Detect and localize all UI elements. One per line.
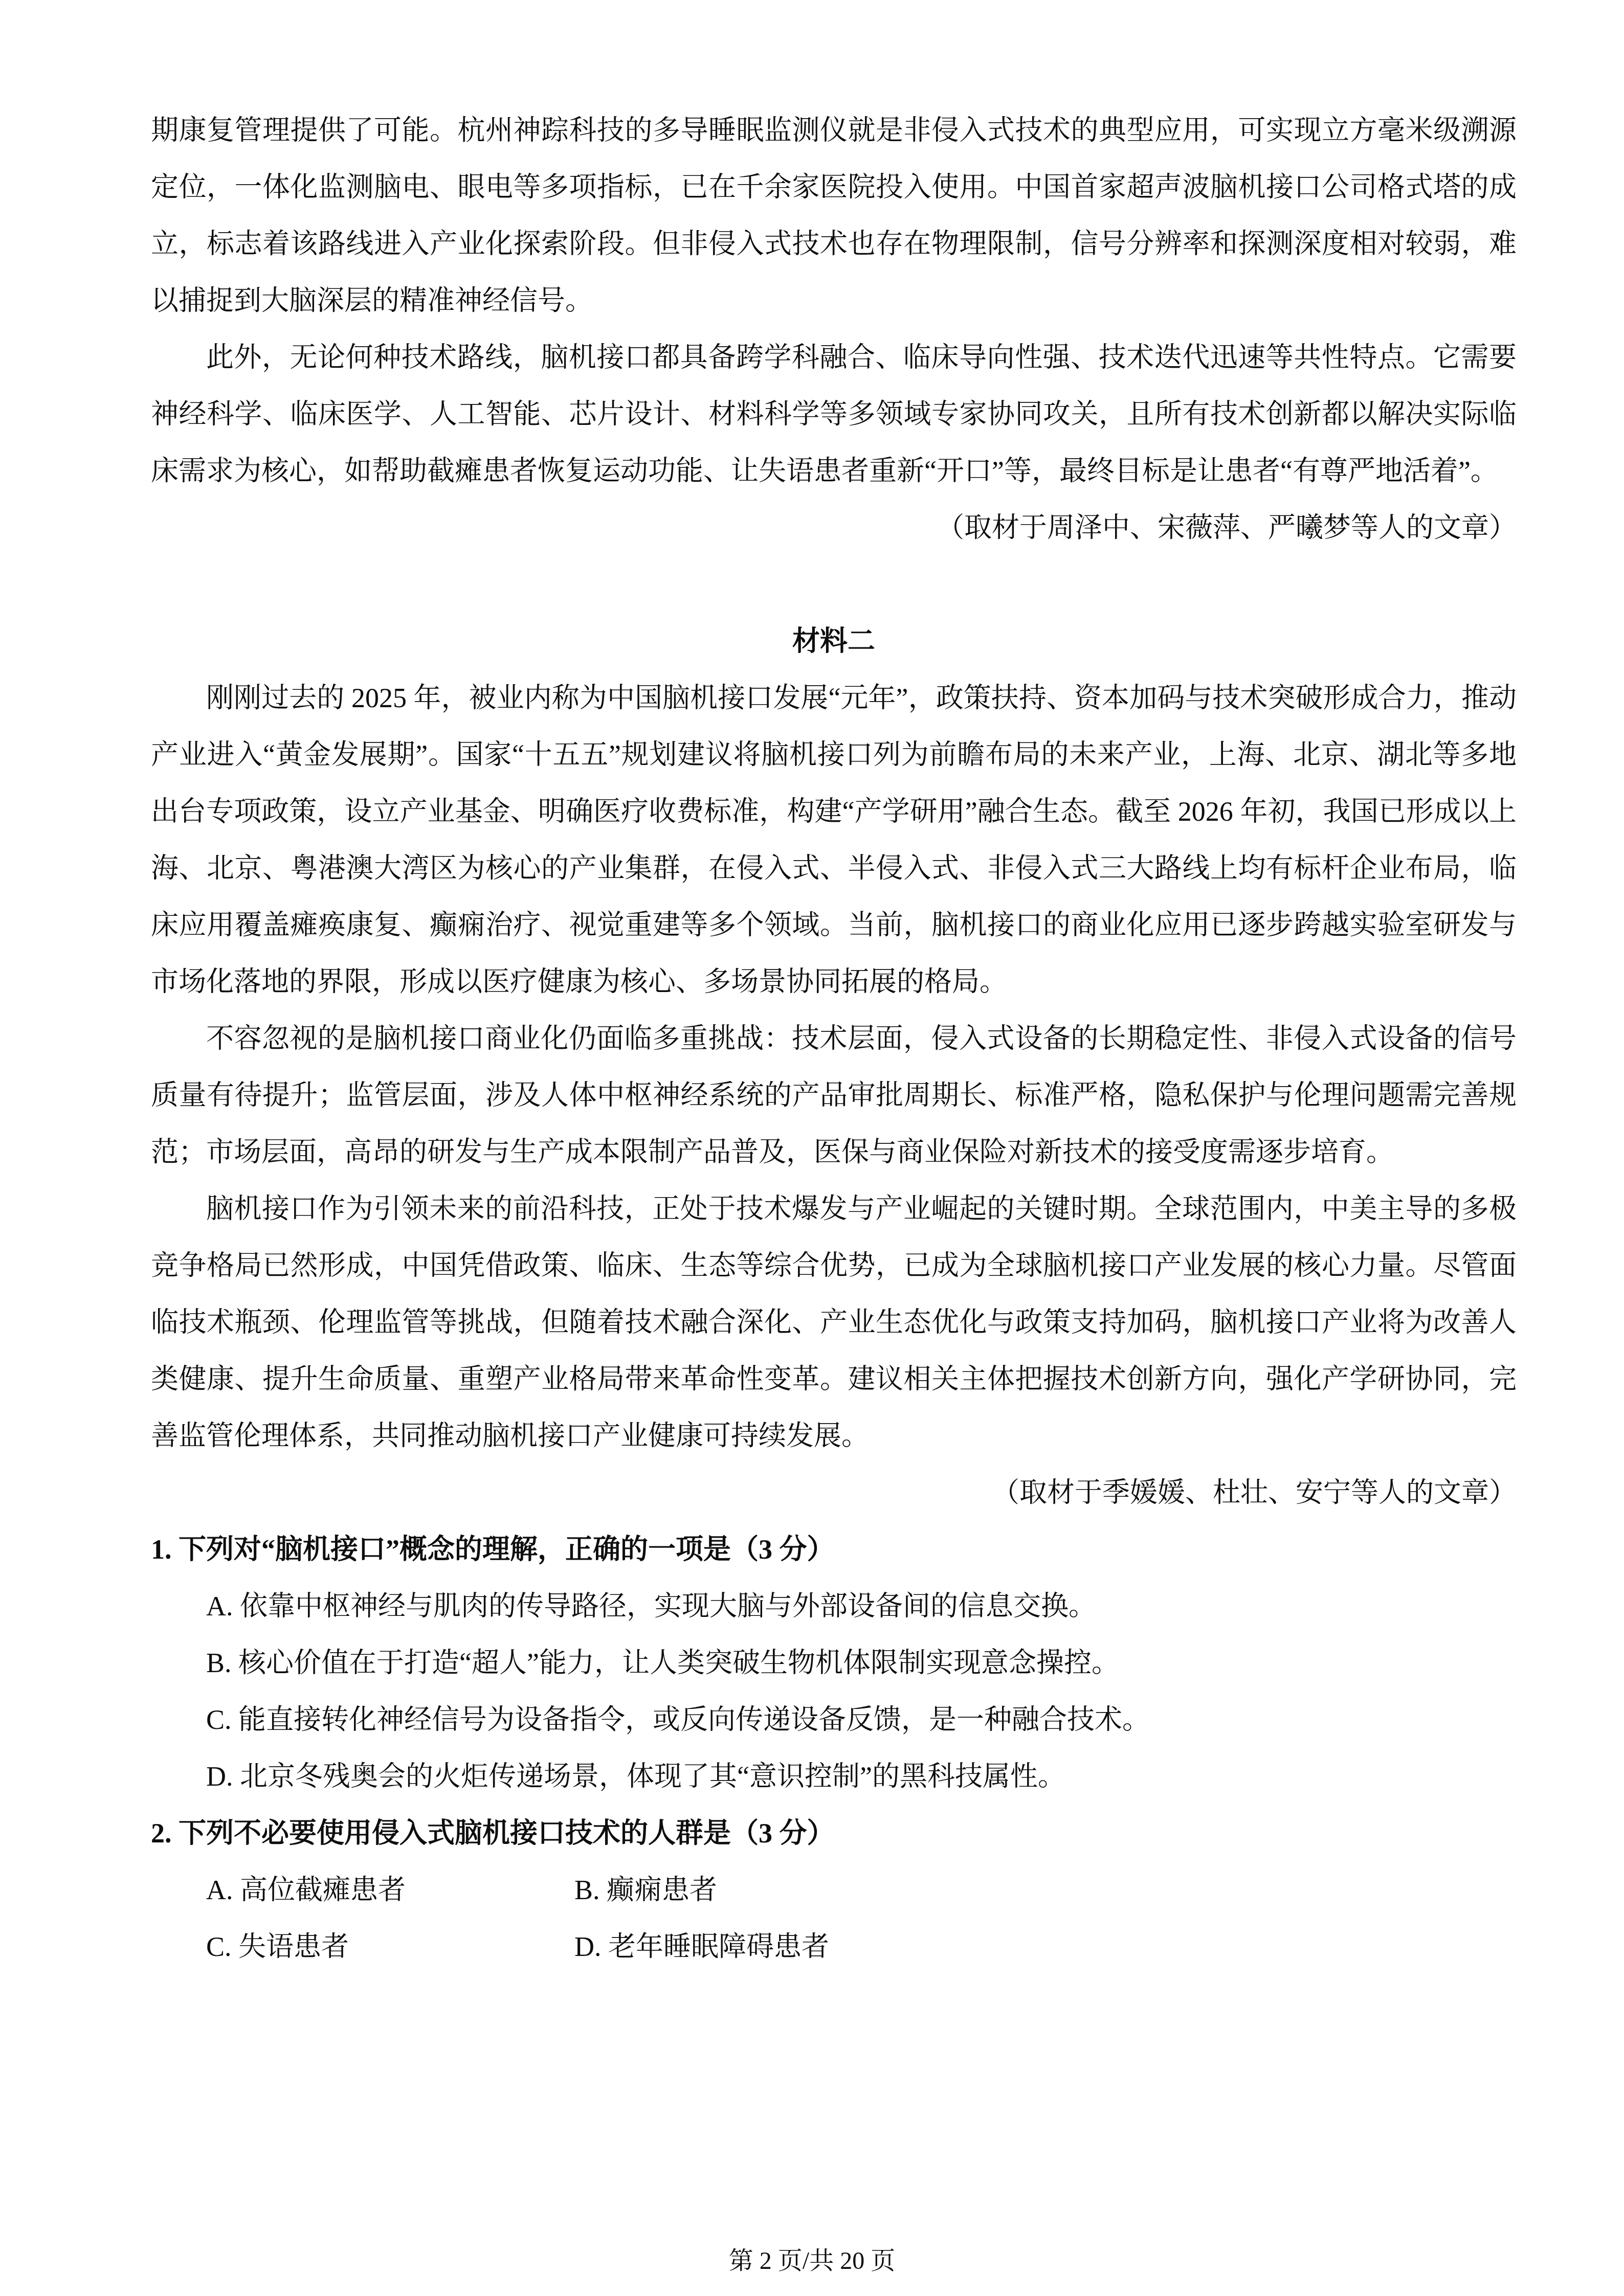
question-2-option-d: D. 老年睡眠障碍患者 — [574, 1919, 829, 1975]
question-2-option-c: C. 失语患者 — [206, 1919, 574, 1975]
material2-paragraph3: 脑机接口作为引领未来的前沿科技，正处于技术爆发与产业崛起的关键时期。全球范围内，… — [151, 1181, 1517, 1465]
material1-paragraph2: 此外，无论何种技术路线，脑机接口都具备跨学科融合、临床导向性强、技术迭代迅速等共… — [151, 329, 1517, 500]
page-indicator: 第 2 页/共 20 页 — [729, 2247, 895, 2275]
page-footer: 第 2 页/共 20 页 — [0, 2246, 1624, 2277]
material1-attribution: （取材于周泽中、宋薇萍、严曦梦等人的文章） — [151, 500, 1517, 556]
question-1-option-c: C. 能直接转化神经信号为设备指令，或反向传递设备反馈，是一种融合技术。 — [151, 1692, 1517, 1748]
question-2: 2. 下列不必要使用侵入式脑机接口技术的人群是（3 分） A. 高位截瘫患者B.… — [151, 1805, 1517, 1975]
question-2-option-b: B. 癫痫患者 — [574, 1862, 717, 1919]
question-2-option-a: A. 高位截瘫患者 — [206, 1862, 574, 1919]
question-1-option-b: B. 核心价值在于打造“超人”能力，让人类突破生物机体限制实现意念操控。 — [151, 1635, 1517, 1692]
question-2-option-row-1: A. 高位截瘫患者B. 癫痫患者 — [151, 1862, 1517, 1919]
material1-paragraph-continuation: 期康复管理提供了可能。杭州神踪科技的多导睡眠监测仪就是非侵入式技术的典型应用，可… — [151, 102, 1517, 329]
question-1-stem: 1. 下列对“脑机接口”概念的理解，正确的一项是（3 分） — [151, 1521, 1517, 1578]
question-2-option-row-2: C. 失语患者D. 老年睡眠障碍患者 — [151, 1919, 1517, 1975]
question-1: 1. 下列对“脑机接口”概念的理解，正确的一项是（3 分） A. 依靠中枢神经与… — [151, 1521, 1517, 1805]
material2-attribution: （取材于季媛媛、杜壮、安宁等人的文章） — [151, 1465, 1517, 1521]
material2-paragraph2: 不容忽视的是脑机接口商业化仍面临多重挑战：技术层面，侵入式设备的长期稳定性、非侵… — [151, 1010, 1517, 1181]
material2-heading: 材料二 — [151, 613, 1517, 670]
material2-paragraph1: 刚刚过去的 2025 年，被业内称为中国脑机接口发展“元年”，政策扶持、资本加码… — [151, 670, 1517, 1010]
page-content: 期康复管理提供了可能。杭州神踪科技的多导睡眠监测仪就是非侵入式技术的典型应用，可… — [151, 102, 1517, 1975]
question-2-stem: 2. 下列不必要使用侵入式脑机接口技术的人群是（3 分） — [151, 1805, 1517, 1862]
question-1-option-a: A. 依靠中枢神经与肌肉的传导路径，实现大脑与外部设备间的信息交换。 — [151, 1578, 1517, 1635]
question-1-option-d: D. 北京冬残奥会的火炬传递场景，体现了其“意识控制”的黑科技属性。 — [151, 1748, 1517, 1805]
